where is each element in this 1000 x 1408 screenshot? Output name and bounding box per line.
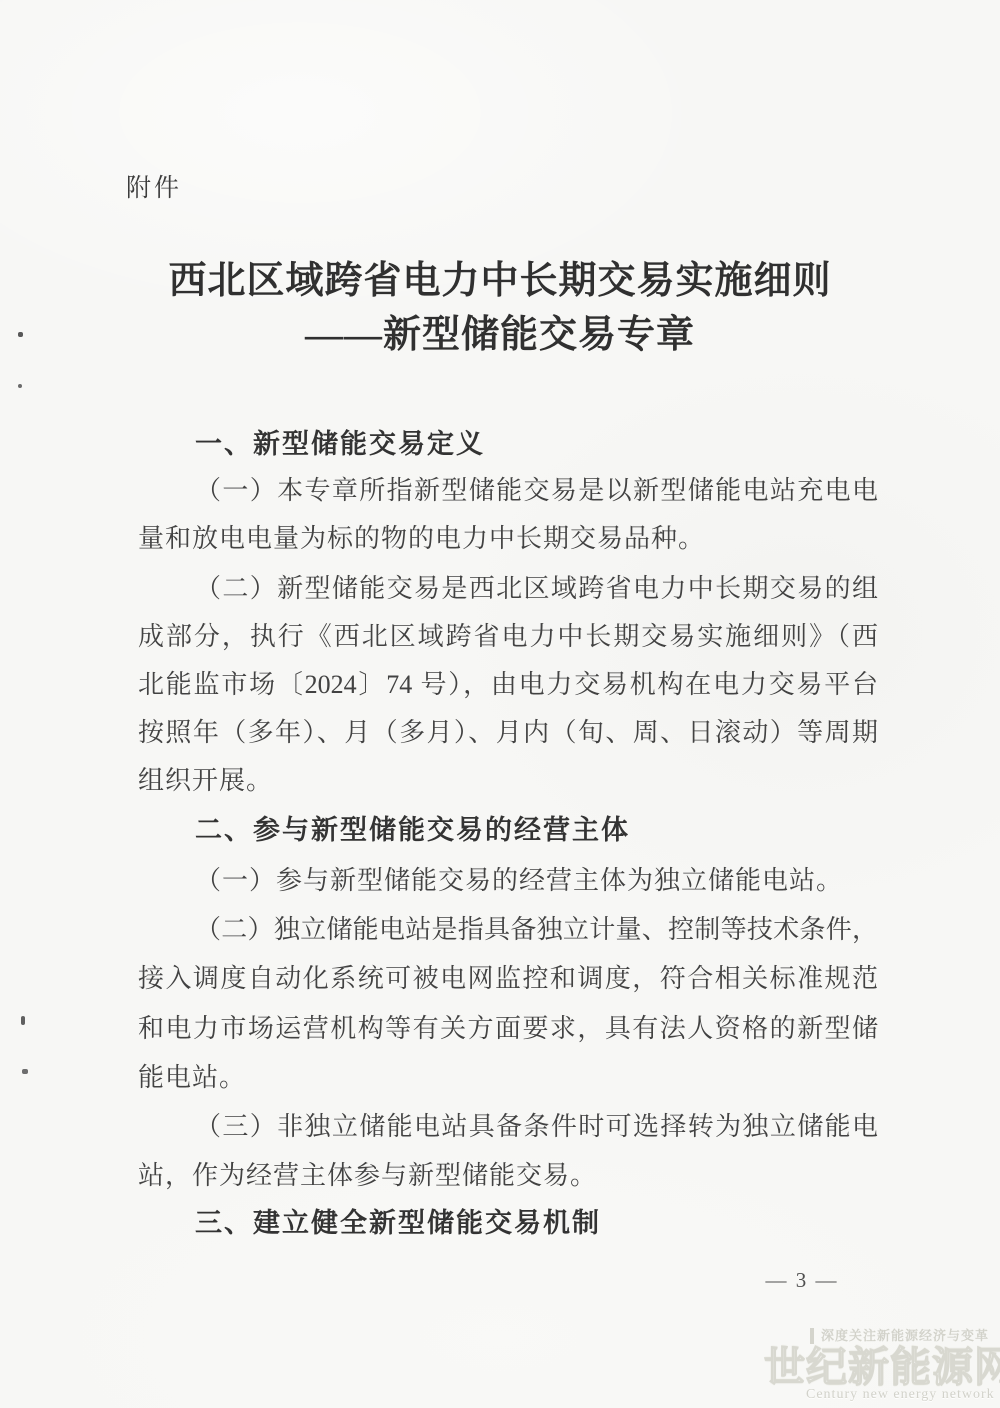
document-title-line-1: 西北区域跨省电力中长期交易实施细则 [0,254,1000,308]
body-line: 和电力市场运营机构等有关方面要求，具有法人资格的新型储 [138,1011,878,1047]
body-line: （二）新型储能交易是西北区域跨省电力中长期交易的组 [138,571,878,607]
body-line: 按照年（多年）、月（多月）、月内（旬、周、日滚动）等周期 [138,715,878,751]
document-title: 西北区域跨省电力中长期交易实施细则 ——新型储能交易专章 [0,254,1000,362]
body-line: （三）非独立储能电站具备条件时可选择转为独立储能电 [138,1109,878,1145]
watermark-subtitle: Century new energy network [806,1387,995,1403]
body-line: （一）本专章所指新型储能交易是以新型储能电站充电电 [138,473,878,509]
body-line: （二）独立储能电站是指具备独立计量、控制等技术条件， [138,912,878,948]
scan-speck [18,384,22,388]
watermark-logo-text: 世纪新能源网 [764,1345,1000,1389]
watermark-tagline: 深度关注新能源经济与变革 [810,1328,989,1344]
scan-speck [21,1016,25,1025]
body-line: 站，作为经营主体参与新型储能交易。 [138,1158,878,1194]
document-title-line-2: ——新型储能交易专章 [0,308,1000,362]
section-3-heading: 三、建立健全新型储能交易机制 [138,1205,878,1241]
body-line: 组织开展。 [138,763,878,799]
scan-speck [22,1069,28,1074]
body-line: （一）参与新型储能交易的经营主体为独立储能电站。 [138,863,878,899]
attachment-label: 附件 [126,168,182,204]
body-line: 能电站。 [138,1060,878,1096]
scanned-document-page: 附件 西北区域跨省电力中长期交易实施细则 ——新型储能交易专章 一、新型储能交易… [0,0,1000,1408]
body-line: 成部分，执行《西北区域跨省电力中长期交易实施细则》（西 [138,619,878,655]
scan-speck [18,332,23,337]
body-line: 接入调度自动化系统可被电网监控和调度，符合相关标准规范 [138,961,878,997]
body-line: 北能监市场〔2024〕74 号），由电力交易机构在电力交易平台 [138,667,878,703]
page-number: — 3 — [742,1268,862,1293]
section-2-heading: 二、参与新型储能交易的经营主体 [138,812,878,848]
body-line: 量和放电电量为标的物的电力中长期交易品种。 [138,521,878,557]
section-1-heading: 一、新型储能交易定义 [138,426,878,462]
